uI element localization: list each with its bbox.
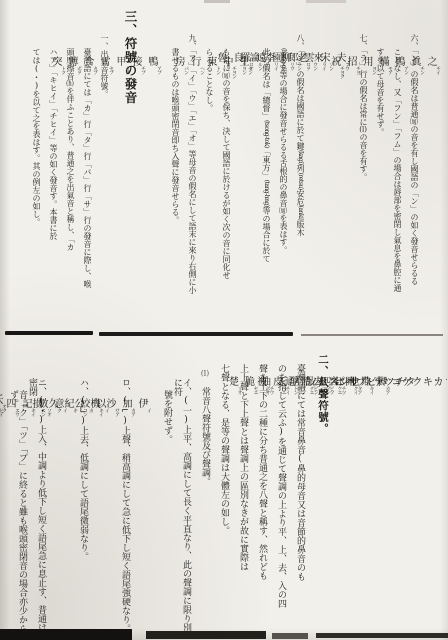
example-word: 雲ウン [302,52,318,325]
top-half-page: 之チイ眞チン鴨アン樠モア用ヨン招チヨ祝チヨク六、「ン」の假名は普通(ng)の音を… [8,4,441,334]
example-word: 鴨アン [393,56,409,325]
example-kanji: 鴨 [146,56,157,66]
example-kanji: 公 [72,398,83,408]
aspiration-dot: ・ [405,377,410,382]
aspirated-ta-row: タ・チ・ツ・テ・ト・他タア七チツ春ツン體テエ通トン [389,342,415,636]
example-kanji: 通 [283,376,294,386]
aspirated-kana: サ・ [349,376,360,631]
example-furigana: カプ [124,66,130,74]
aspirated-kana: タ・ [405,376,416,631]
example-word: 薄ポヲ [66,56,82,325]
example-word: 行ヘン [189,56,205,316]
lead-examples: 之チイ眞チン鴨アン樠モア用ヨン招チヨ祝チヨク [420,4,441,334]
example-word: 接チプ [130,56,146,325]
aspiration-dot: ・ [349,377,354,382]
example-word: 損スン [30,398,46,626]
example-furigana: カア [130,408,136,416]
example-furigana: ロヲ [225,62,231,70]
example-furigana: モア [387,66,393,74]
aspirated-kana: カ・ [433,376,444,631]
example-word: 戲ヒイ [0,398,4,626]
example-word: 雪セプ [98,56,114,325]
example-kanji: 房 [173,56,184,66]
aspiration-dot: ・ [338,377,343,382]
example-kanji: 四 [4,398,15,408]
example-furigana: ソオ [237,386,243,394]
example-word: 羅ロオ [238,52,254,325]
example-word: 久ク [46,398,62,626]
aspiration-dot: ・ [443,377,448,382]
example-furigana: チヨク [339,66,345,78]
example-kanji: 遠 [254,52,265,62]
example-word: 用ヨン [361,56,377,325]
example-kanji: 羅 [238,52,249,62]
example-kanji: 郎 [286,52,297,62]
latin-annotation: (1) [201,370,209,377]
example-kanji: 沙 [104,398,115,408]
example-furigana: スウ [14,408,20,416]
example-word: 伊イ [136,398,152,626]
example-furigana: スン [40,408,46,416]
example-kanji: 宋 [318,52,329,62]
aspirated-kana: セ・ [317,376,328,631]
example-word: 鴨アプ [146,56,162,325]
example-word: 之チイ [425,56,441,325]
example-furigana: ヲン [264,62,270,70]
example-word: 合カプ [82,56,98,325]
example-furigana: パン [183,66,189,74]
example-kanji: 樠 [377,56,388,66]
example-furigana: ヘン [199,66,205,74]
aspiration-dot: ・ [359,377,364,382]
aspirated-kana: シ・ [338,376,349,631]
aspiration-dot: ・ [433,377,438,382]
aspirated-pa-row: パ・ピ・プ・ペ・ポ・匹ピツ品ピン浮プウ皮ペエ被ポオ [361,342,387,636]
aspirated-kana: ピ・ [366,376,377,631]
example-word: 四スウ [4,398,20,626]
example-furigana: ク [56,408,62,412]
example-furigana: ヨン [371,66,377,74]
example-kanji: 之 [425,56,436,66]
example-kanji: 久 [46,398,57,408]
example-word: 被ポオ [255,376,271,626]
example-furigana: チヨ [355,66,361,74]
example-furigana: チプ [140,66,146,74]
aspiration-dot: ・ [394,377,399,382]
example-word: 魯ロヲ [215,52,231,325]
example-furigana: アン [403,66,409,74]
example-furigana: トン [293,386,299,394]
example-kanji: 皮 [271,376,282,386]
example-furigana: チイ [435,66,441,74]
example-kanji: 薄 [66,56,77,66]
aspirated-kana: ソ・ [307,376,318,631]
aspiration-dot: ・ [415,377,420,382]
aspirated-kana: パ・ [377,376,388,631]
aspiration-dot: ・ [366,377,371,382]
example-word: 房パン [173,56,189,316]
example-furigana: サア [114,408,120,416]
aspiration-dot: ・ [328,377,333,382]
bottom-half-page: カ・キ・ク・ケ・コ・脚カア欺キイ開クイ客ケエ去コオタ・チ・ツ・テ・ト・他タア七チ… [8,342,443,636]
example-furigana: トツ [60,66,66,74]
example-furigana: チン [419,66,425,74]
example-kanji: 招 [345,56,356,66]
example-kanji: 合 [82,56,93,66]
example-kanji: 楚 [227,376,238,386]
example-kanji: 被 [255,376,266,386]
example-kanji: 行 [189,56,200,66]
example-kanji: 雪 [98,56,109,66]
example-word: 眞チン [409,56,425,325]
example-kanji: 接 [130,56,141,66]
example-furigana: イ [146,408,152,412]
aspiration-dot: ・ [377,377,382,382]
example-kanji: 機 [88,398,99,408]
example-furigana: セプ [108,66,114,74]
example-furigana: ロオ [248,62,254,70]
example-word: 楚ソオ [227,376,243,626]
sub1-line4: ては(・)を以て之を表はす。其の例左の如し。 [25,4,40,334]
example-word: 樠モア [377,56,393,325]
example-word: 突トツ [50,56,66,325]
example-furigana: キイ [98,408,104,416]
example-word: 園ヱン [270,52,286,325]
aspirated-ka-row: カ・キ・ク・ケ・コ・脚カア欺キイ開クイ客ケエ去コオ [417,342,443,636]
example-word: 郎ラン [286,52,302,325]
aspirated-kana: チ・ [394,376,405,631]
example-word: 沙サア [104,398,120,626]
aspirated-kana: ス・ [328,376,339,631]
example-kanji: 突 [50,56,61,66]
example-furigana: ラン [296,62,302,70]
aspirated-kana: キ・ [422,376,433,631]
tone-i-examples: 伊イ加カア沙サア機キイ公コン [131,342,152,636]
example-kanji: 用 [361,56,372,66]
example-word: 機キイ [88,398,104,626]
example-kanji: 損 [30,398,41,408]
example-furigana: ポオ [265,386,271,394]
example-kanji: 魯 [215,52,226,62]
example-word: 祝チヨク [329,56,345,325]
sec2-sub1: (1) 常音八聲符號及び聲調。 [192,342,209,636]
example-word: 公コン [72,398,88,626]
aspiration-dot: ・ [422,377,427,382]
example-word: 通トン [283,376,299,626]
aspiration-dot: ・ [317,377,322,382]
example-kanji: 加 [120,398,131,408]
example-furigana: カプ [92,66,98,74]
example-furigana: コン [82,408,88,416]
example-furigana: アプ [156,66,162,74]
example-furigana: ポヲ [76,66,82,74]
example-word: 加カア [120,398,136,626]
example-kanji: 脆 [243,376,254,386]
example-furigana: ウン [312,62,318,70]
example-kanji: 祝 [329,56,340,66]
example-furigana: ヒイ [0,408,4,416]
item9-examples: 鴨アプ接チプ甲カプ雪セプ合カプ薄ポヲ突トツ [141,4,162,334]
example-word: 遠ヲン [254,52,270,325]
example-kanji: 鴨 [393,56,404,66]
aspirated-sa-row: サ・シ・ス・セ・ソ・差サア天チイ抽チウ脆セエ楚ソオ [333,342,359,636]
tone-i-line2: 號を附せず。 [154,342,171,636]
aspiration-dot: ・ [387,377,392,382]
example-word: 甲カプ [114,56,130,325]
example-word: 招チヨ [345,56,361,325]
example-kanji: 甲 [114,56,125,66]
example-kanji: 伊 [136,398,147,408]
sec2-line5: 七聲となる、是等の聲調は大體左の如し。 [211,342,228,636]
tone-i-line1: イ、(一)上平、高調にして長く平直なり、此の聲調に限り別に符 [173,342,190,636]
example-kanji: 眞 [409,56,420,66]
example-kanji: 雲 [302,52,313,62]
example-furigana: ヱン [280,62,286,70]
example-kanji: 園 [270,52,281,62]
